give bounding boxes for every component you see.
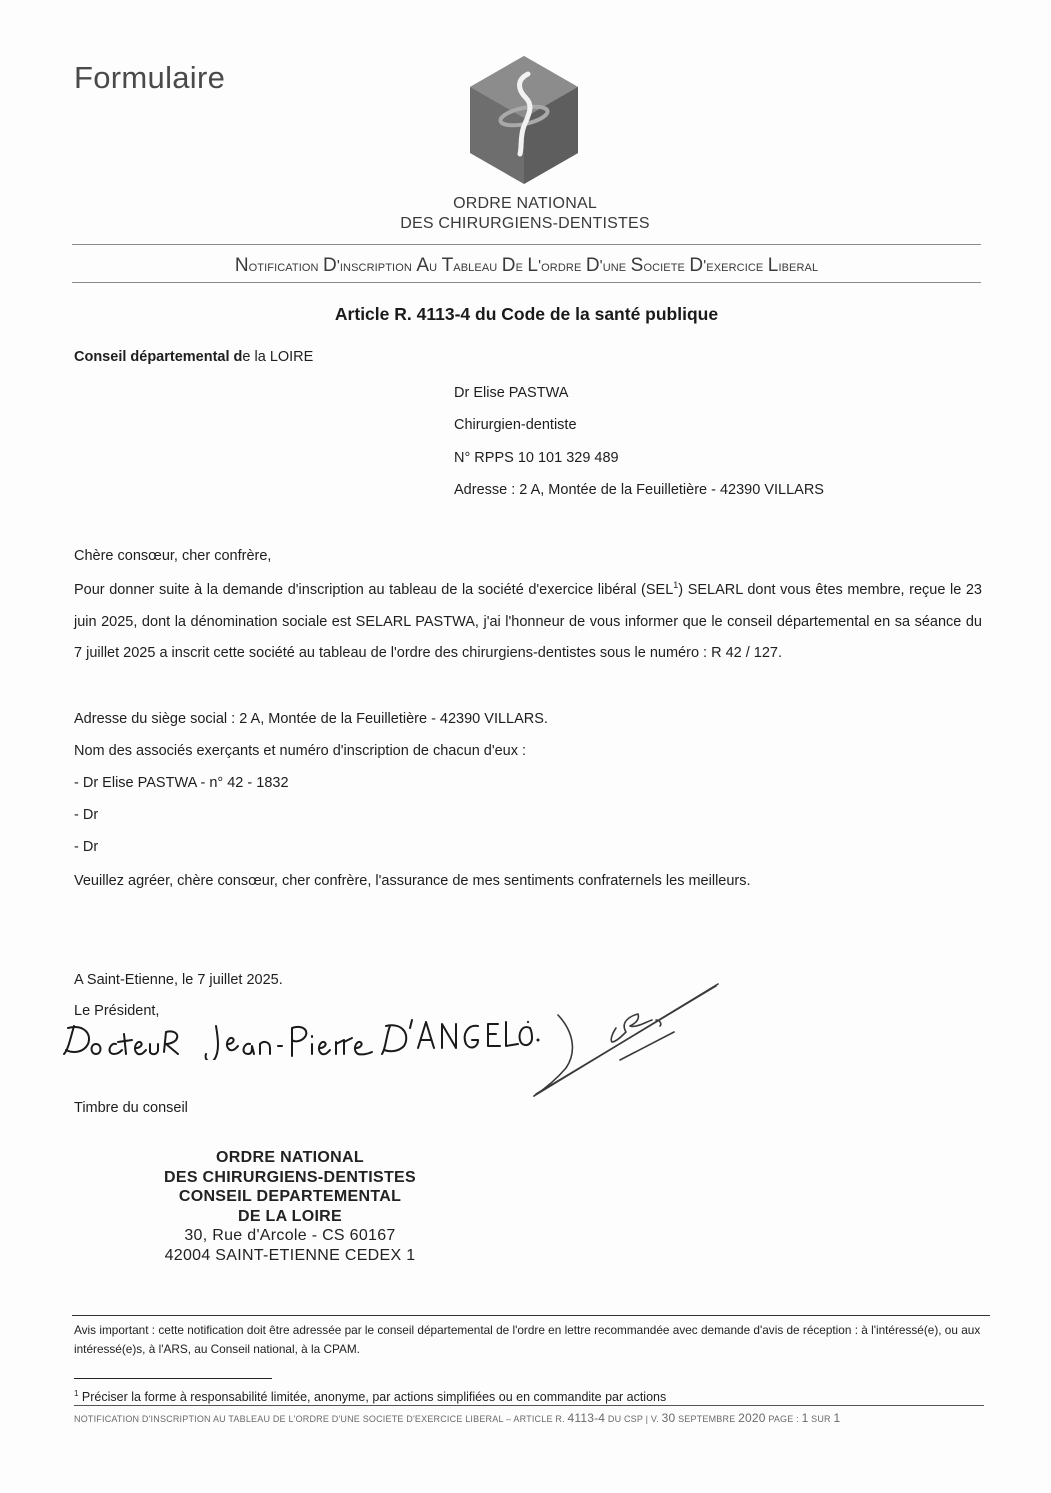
recipient-title: Chirurgien-dentiste — [454, 417, 577, 433]
council-label-bold: Conseil départemental d — [74, 349, 242, 365]
seat-address: Adresse du siège social : 2 A, Montée de… — [74, 711, 548, 727]
org-name-line-1: ORDRE NATIONAL — [300, 194, 750, 214]
footnote: 1 Préciser la forme à responsabilité lim… — [74, 1390, 984, 1406]
footnote-separator — [74, 1378, 272, 1379]
footer-page-label: PAGE : — [768, 1414, 799, 1424]
signature-icon — [520, 970, 740, 1100]
associate-item: - Dr — [74, 839, 98, 855]
council-label-rest: e la LOIRE — [242, 349, 313, 365]
closing-formula: Veuillez agréer, chère consœur, cher con… — [74, 873, 751, 889]
place-date: A Saint-Etienne, le 7 juillet 2025. — [74, 972, 283, 988]
stamp-line: ORDRE NATIONAL — [130, 1148, 450, 1168]
recipient-address: Adresse : 2 A, Montée de la Feuilletière… — [454, 482, 824, 498]
footer-page-number: 1 — [802, 1411, 809, 1425]
stamp-line: DES CHIRURGIENS-DENTISTES — [130, 1168, 450, 1188]
body-text-part-1: Pour donner suite à la demande d'inscrip… — [74, 582, 673, 598]
footer-day: 30 — [662, 1411, 676, 1425]
important-notice: Avis important : cette notification doit… — [74, 1321, 988, 1359]
associate-item: - Dr Elise PASTWA - n° 42 - 1832 — [74, 775, 289, 791]
page-footer: NOTIFICATION D'INSCRIPTION AU TABLEAU DE… — [74, 1411, 840, 1425]
form-label: Formulaire — [74, 60, 225, 96]
recipient-rpps: N° RPPS 10 101 329 489 — [454, 450, 619, 466]
footer-csp: DU CSP | V. — [608, 1414, 659, 1424]
associates-heading: Nom des associés exerçants et numéro d'i… — [74, 743, 526, 759]
stamp-label: Timbre du conseil — [74, 1100, 188, 1116]
council-heading: Conseil départemental de la LOIRE — [74, 349, 313, 365]
stamp-line: 42004 SAINT-ETIENNE CEDEX 1 — [130, 1246, 450, 1266]
associate-item: - Dr — [74, 807, 98, 823]
handwritten-name-icon: Docteur Jean-Pierre D'ANGELO. — [60, 1000, 540, 1060]
footnote-text: Préciser la forme à responsabilité limit… — [78, 1390, 666, 1404]
ordre-national-logo-icon — [466, 54, 582, 186]
footer-of-label: SUR — [811, 1414, 831, 1424]
recipient-name: Dr Elise PASTWA — [454, 385, 568, 401]
footer-page-total: 1 — [833, 1411, 840, 1425]
notification-title: Notification D'inscription Au Tableau De… — [72, 255, 981, 277]
org-name: ORDRE NATIONAL DES CHIRURGIENS-DENTISTES — [300, 194, 750, 234]
stamp-line: 30, Rue d'Arcole - CS 60167 — [130, 1226, 450, 1246]
title-rule-bottom — [72, 282, 981, 283]
salutation: Chère consœur, cher confrère, — [74, 541, 982, 573]
footer-year: 2020 — [738, 1411, 766, 1425]
footer-month: SEPTEMBRE — [678, 1414, 735, 1424]
footer-title: NOTIFICATION D'INSCRIPTION AU TABLEAU DE… — [74, 1414, 565, 1424]
stamp-line: DE LA LOIRE — [130, 1207, 450, 1227]
body-paragraph: Pour donner suite à la demande d'inscrip… — [74, 575, 982, 670]
council-stamp: ORDRE NATIONAL DES CHIRURGIENS-DENTISTES… — [130, 1148, 450, 1265]
notice-rule — [72, 1315, 990, 1316]
footer-article-number: 4113-4 — [567, 1411, 605, 1425]
title-rule-top — [72, 244, 981, 245]
article-reference: Article R. 4113-4 du Code de la santé pu… — [72, 304, 981, 325]
stamp-line: CONSEIL DEPARTEMENTAL — [130, 1187, 450, 1207]
org-name-line-2: DES CHIRURGIENS-DENTISTES — [300, 214, 750, 234]
